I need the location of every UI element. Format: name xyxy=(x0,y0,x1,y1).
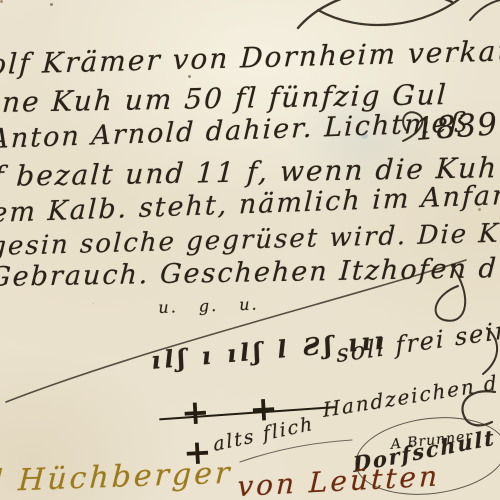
abbreviation-marks: u. g. u. xyxy=(158,295,259,317)
manuscript-line-1: olf Krämer von Dornheim verkauf xyxy=(0,34,500,81)
marginal-note: soll frei sein xyxy=(336,315,500,368)
paper-specks xyxy=(0,0,3,3)
sepia-signature-name: l Hüchberger xyxy=(0,456,233,499)
year-numeral: 1839 xyxy=(414,106,499,148)
handzeichen-label: Handzeichen d xyxy=(322,370,499,422)
manuscript-page: olf Krämer von Dornheim verkauf ine Kuh … xyxy=(0,0,500,500)
